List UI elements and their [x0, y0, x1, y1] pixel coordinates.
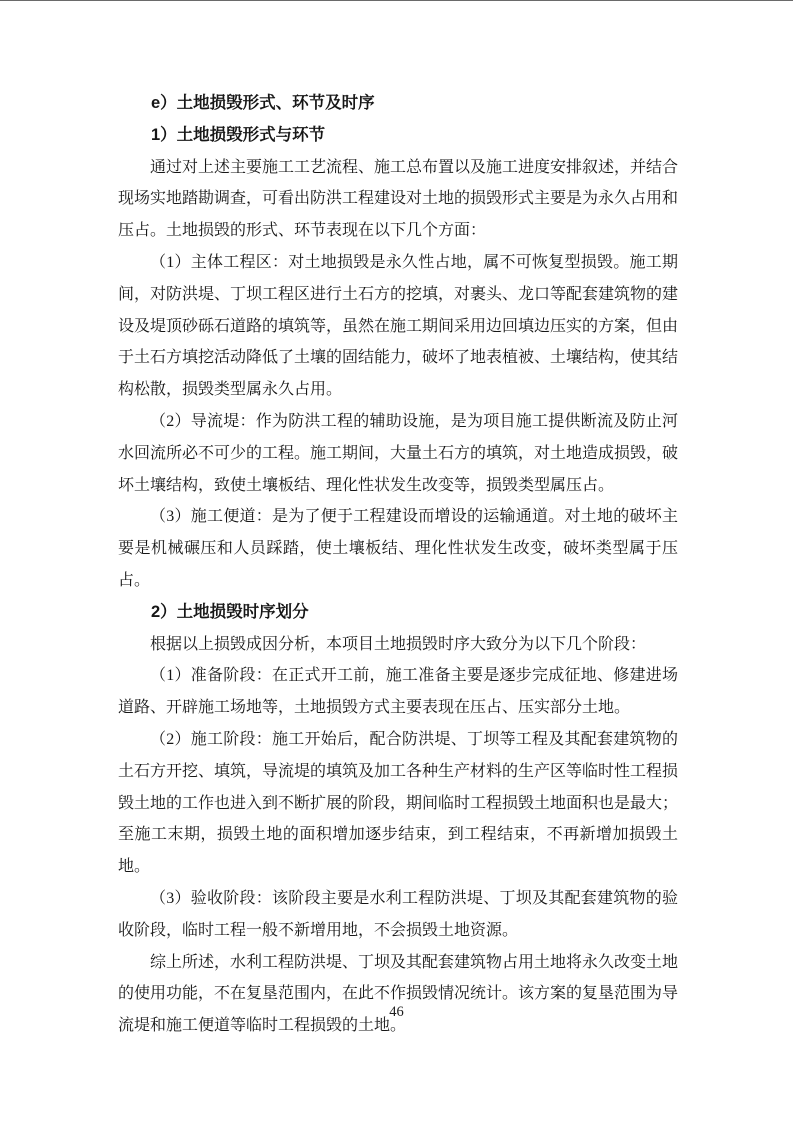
document-content: e）土地损毁形式、环节及时序 1）土地损毁形式与环节 通过对上述主要施工工艺流程…	[118, 88, 678, 1042]
subsection-heading-2: 2）土地损毁时序划分	[118, 597, 678, 629]
paragraph-intro: 通过对上述主要施工工艺流程、施工总布置以及施工进度安排叙述，并结合现场实地踏勘调…	[118, 152, 678, 247]
paragraph-construction-road: （3）施工便道：是为了便于工程建设而增设的运输通道。对土地的破坏主要是机械碾压和…	[118, 501, 678, 596]
paragraph-diversion-dike: （2）导流堤：作为防洪工程的辅助设施，是为项目施工提供断流及防止河水回流所必不可…	[118, 406, 678, 501]
paragraph-summary: 综上所述，水利工程防洪堤、丁坝及其配套建筑物占用土地将永久改变土地的使用功能，不…	[118, 947, 678, 1042]
scan-edge-line	[0, 0, 793, 1]
page-number: 46	[0, 1004, 793, 1021]
section-heading-e: e）土地损毁形式、环节及时序	[118, 88, 678, 120]
paragraph-acceptance-phase: （3）验收阶段：该阶段主要是水利工程防洪堤、丁坝及其配套建筑物的验收阶段，临时工…	[118, 883, 678, 947]
paragraph-preparation-phase: （1）准备阶段：在正式开工前，施工准备主要是逐步完成征地、修建进场道路、开辟施工…	[118, 660, 678, 724]
document-page: e）土地损毁形式、环节及时序 1）土地损毁形式与环节 通过对上述主要施工工艺流程…	[0, 0, 793, 1122]
subsection-heading-1: 1）土地损毁形式与环节	[118, 120, 678, 152]
paragraph-phases-intro: 根据以上损毁成因分析，本项目土地损毁时序大致分为以下几个阶段：	[118, 629, 678, 661]
paragraph-main-works-area: （1）主体工程区：对土地损毁是永久性占地，属不可恢复型损毁。施工期间，对防洪堤、…	[118, 247, 678, 406]
paragraph-construction-phase: （2）施工阶段：施工开始后，配合防洪堤、丁坝等工程及其配套建筑物的土石方开挖、填…	[118, 724, 678, 883]
